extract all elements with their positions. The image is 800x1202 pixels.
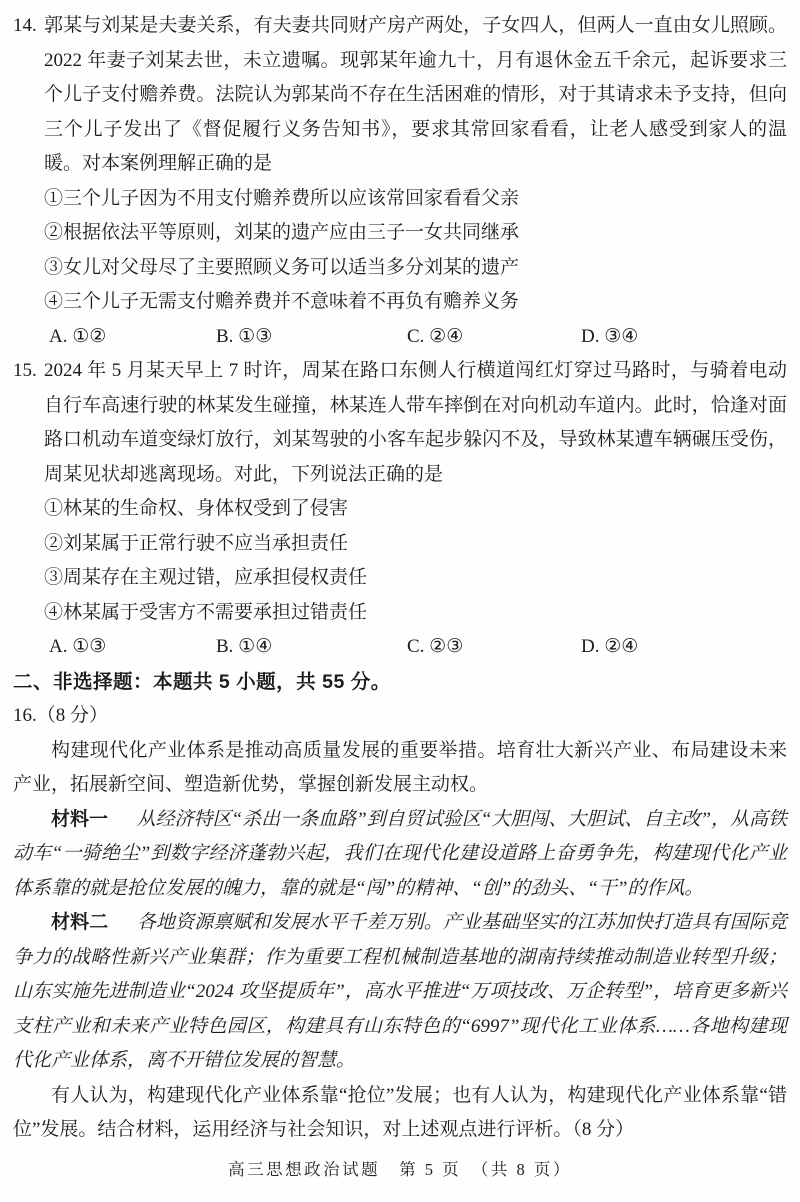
question-15-choice-b: B. ①④ bbox=[216, 630, 407, 665]
question-14-text: 郭某与刘某是夫妻关系，有夫妻共同财产房产两处，子女四人，但两人一直由女儿照顾。2… bbox=[44, 15, 787, 174]
question-15-choices: A. ①③ B. ①④ C. ②③ D. ②④ bbox=[13, 630, 787, 665]
question-16: 16.（8 分） 构建现代化产业体系是推动高质量发展的重要举措。培育壮大新兴产业… bbox=[13, 699, 787, 1148]
material-2: 材料二各地资源禀赋和发展水平千差万别。产业基础坚实的江苏加快打造具有国际竞争力的… bbox=[13, 906, 787, 1079]
question-14-option-2: ②根据依法平等原则，刘某的遗产应由三子一女共同继承 bbox=[13, 216, 787, 251]
question-14-choice-c: C. ②④ bbox=[407, 320, 581, 355]
exam-page: 14.郭某与刘某是夫妻关系，有夫妻共同财产房产两处，子女四人，但两人一直由女儿照… bbox=[0, 0, 800, 1202]
question-14-option-1: ①三个儿子因为不用支付赡养费所以应该常回家看看父亲 bbox=[13, 182, 787, 217]
question-15-text: 2024 年 5 月某天早上 7 时许，周某在路口东侧人行横道闯红灯穿过马路时，… bbox=[44, 360, 787, 485]
page-footer: 高三思想政治试题 第 5 页 （共 8 页） bbox=[0, 1158, 800, 1182]
material-2-text: 各地资源禀赋和发展水平千差万别。产业基础坚实的江苏加快打造具有国际竞争力的战略性… bbox=[13, 912, 787, 1071]
question-16-intro: 构建现代化产业体系是推动高质量发展的重要举措。培育壮大新兴产业、布局建设未来产业… bbox=[13, 734, 787, 803]
question-15: 15.2024 年 5 月某天早上 7 时许，周某在路口东侧人行横道闯红灯穿过马… bbox=[13, 354, 787, 665]
question-15-option-4: ④林某属于受害方不需要承担过错责任 bbox=[13, 596, 787, 631]
question-15-choice-d: D. ②④ bbox=[581, 630, 787, 665]
question-14-choice-d: D. ③④ bbox=[581, 320, 787, 355]
question-15-option-2: ②刘某属于正常行驶不应当承担责任 bbox=[13, 527, 787, 562]
question-14-option-4: ④三个儿子无需支付赡养费并不意味着不再负有赡养义务 bbox=[13, 285, 787, 320]
question-14: 14.郭某与刘某是夫妻关系，有夫妻共同财产房产两处，子女四人，但两人一直由女儿照… bbox=[13, 9, 787, 354]
material-2-label: 材料二 bbox=[51, 912, 108, 933]
question-15-choice-a: A. ①③ bbox=[49, 630, 216, 665]
question-15-choice-c: C. ②③ bbox=[407, 630, 581, 665]
question-16-task: 有人认为，构建现代化产业体系靠“抢位”发展；也有人认为，构建现代化产业体系靠“错… bbox=[13, 1079, 787, 1148]
question-16-score: （8 分） bbox=[37, 705, 108, 726]
material-1-label: 材料一 bbox=[51, 809, 108, 830]
material-1-text: 从经济特区“杀出一条血路”到自贸试验区“大胆闯、大胆试、自主改”，从高铁动车“一… bbox=[13, 809, 787, 899]
question-15-number: 15. bbox=[13, 354, 44, 389]
question-16-heading: 16.（8 分） bbox=[13, 699, 787, 734]
section-2-header: 二、非选择题：本题共 5 小题，共 55 分。 bbox=[13, 665, 787, 700]
question-14-choices: A. ①② B. ①③ C. ②④ D. ③④ bbox=[13, 320, 787, 355]
question-14-stem: 14.郭某与刘某是夫妻关系，有夫妻共同财产房产两处，子女四人，但两人一直由女儿照… bbox=[13, 9, 787, 182]
question-15-stem: 15.2024 年 5 月某天早上 7 时许，周某在路口东侧人行横道闯红灯穿过马… bbox=[13, 354, 787, 492]
question-14-number: 14. bbox=[13, 9, 44, 44]
material-1: 材料一从经济特区“杀出一条血路”到自贸试验区“大胆闯、大胆试、自主改”，从高铁动… bbox=[13, 803, 787, 907]
question-14-choice-a: A. ①② bbox=[49, 320, 216, 355]
question-14-choice-b: B. ①③ bbox=[216, 320, 407, 355]
question-16-number: 16. bbox=[13, 705, 37, 726]
question-15-option-3: ③周某存在主观过错，应承担侵权责任 bbox=[13, 561, 787, 596]
question-15-option-1: ①林某的生命权、身体权受到了侵害 bbox=[13, 492, 787, 527]
question-14-option-3: ③女儿对父母尽了主要照顾义务可以适当多分刘某的遗产 bbox=[13, 251, 787, 286]
